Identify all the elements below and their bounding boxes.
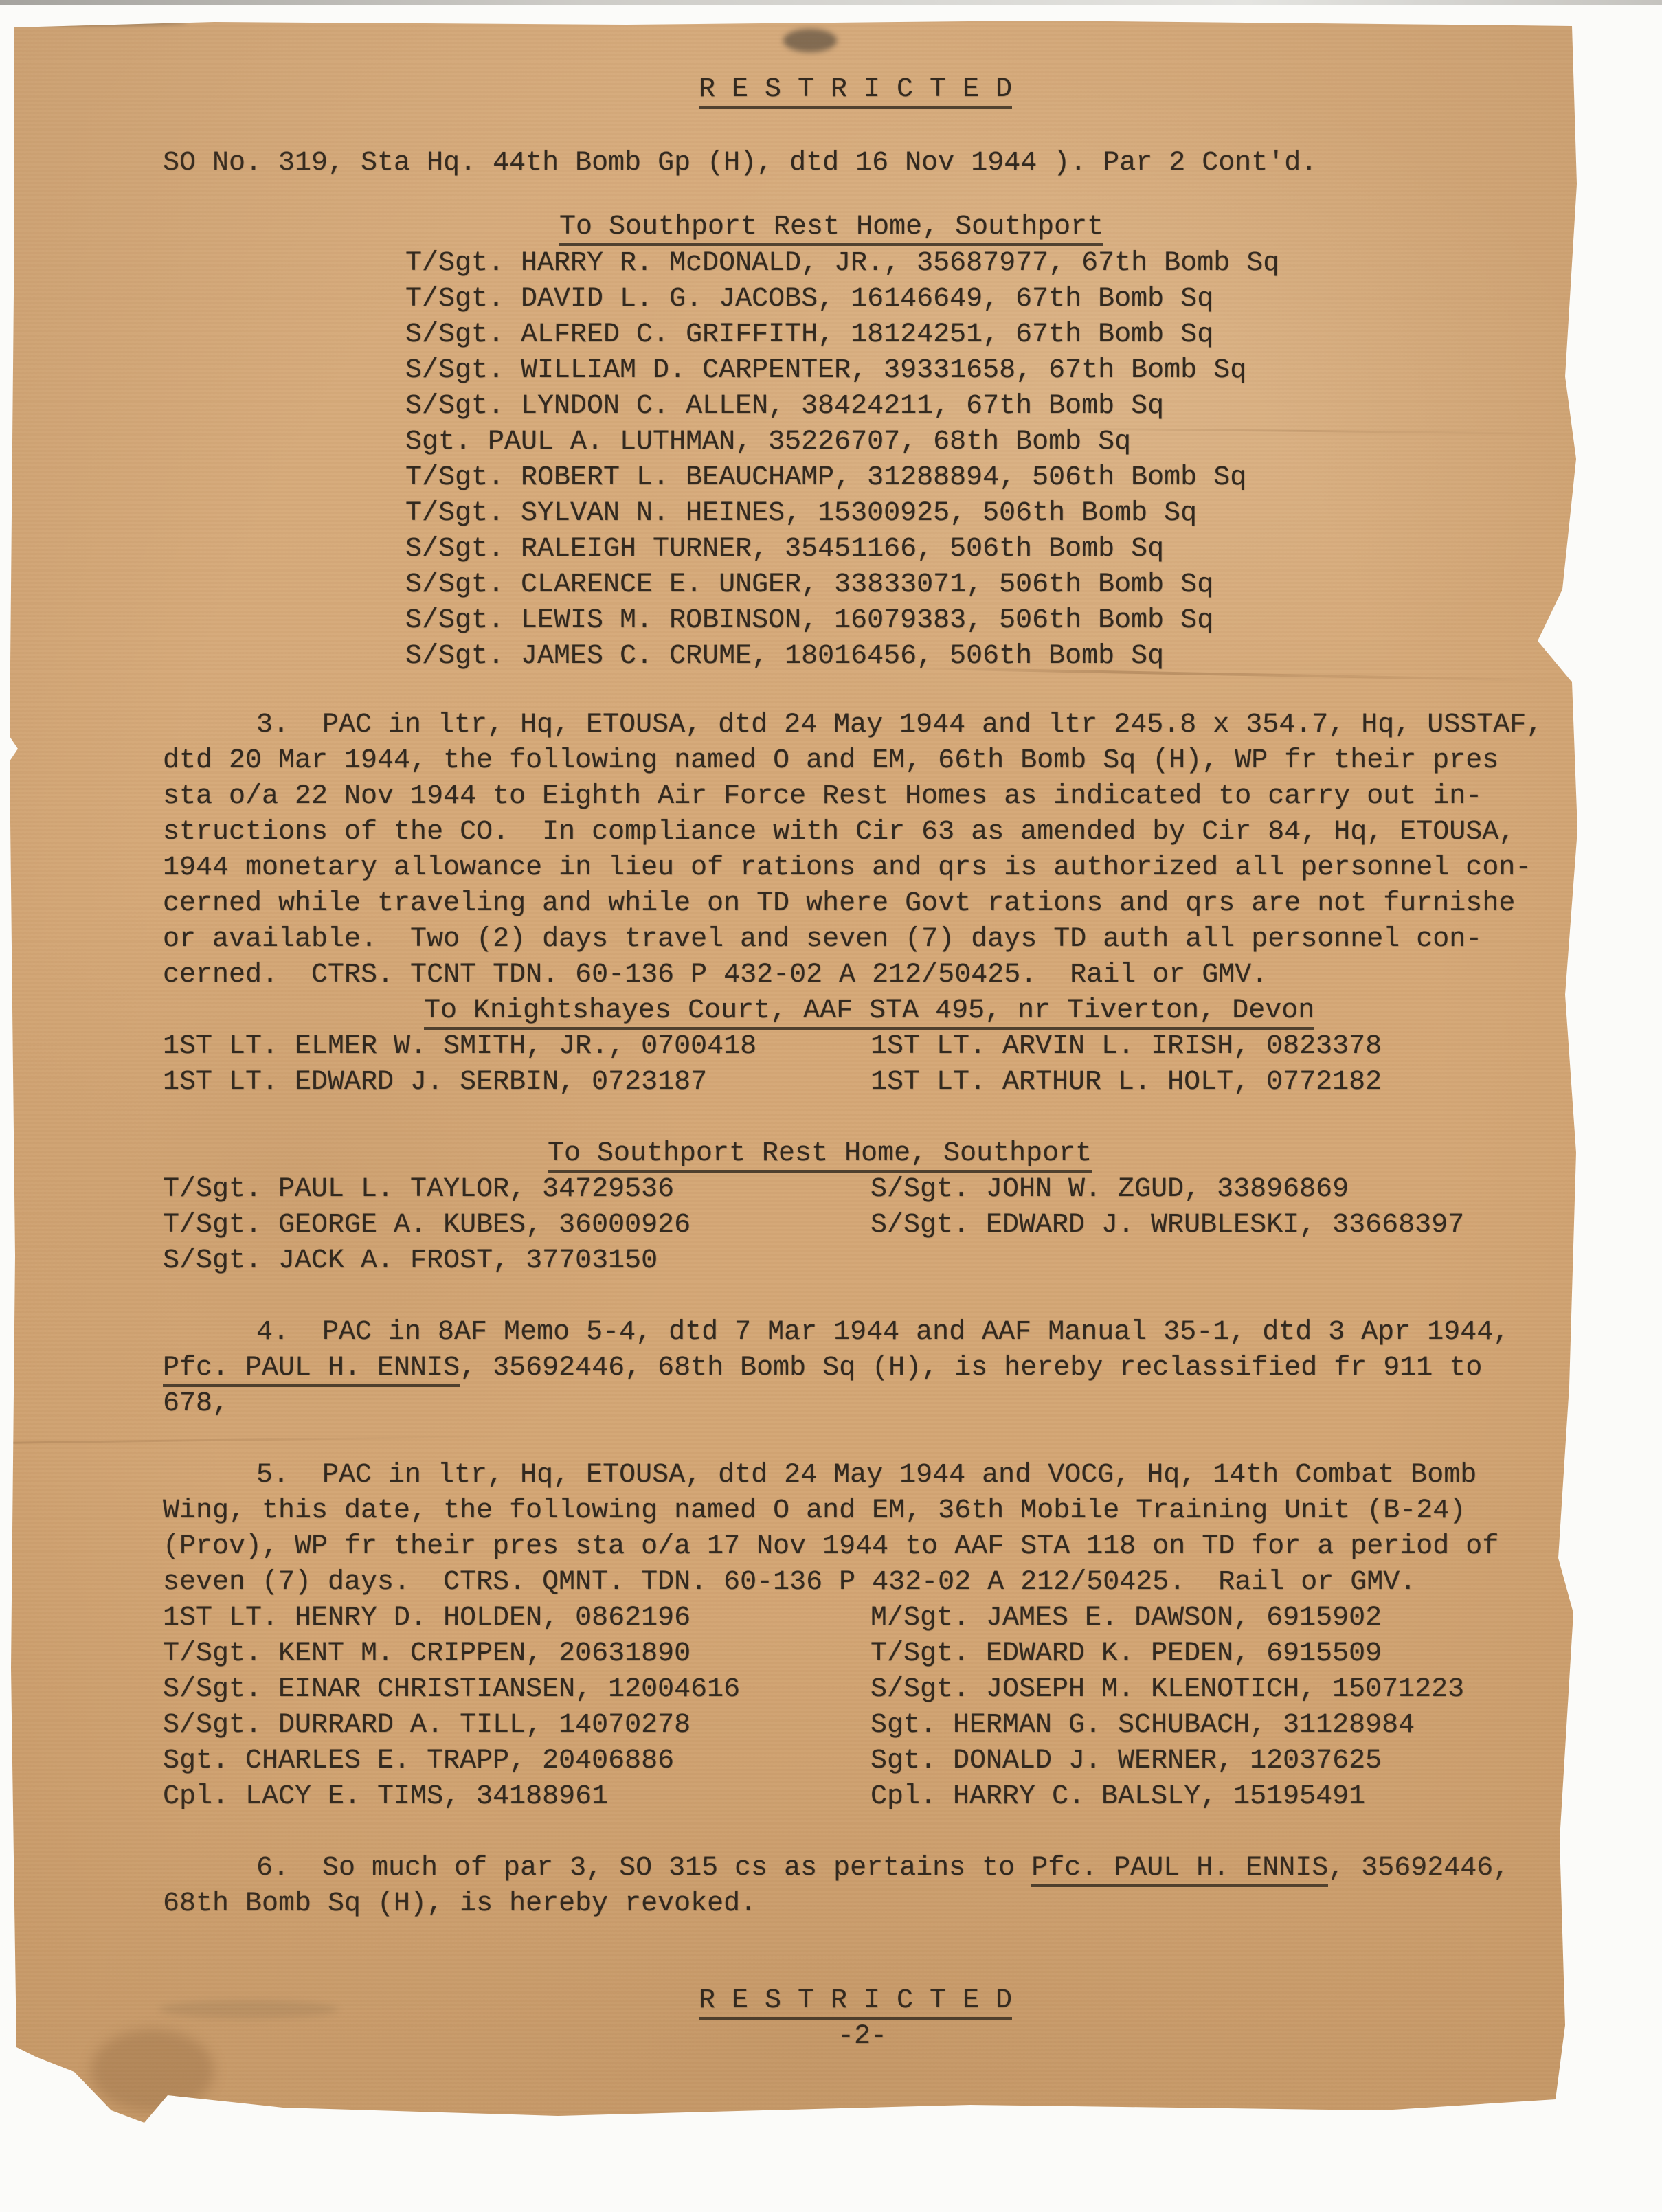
para4-line-1: 4. PAC in 8AF Memo 5-4, dtd 7 Mar 1944 a… xyxy=(163,1315,1578,1351)
southport-heading-1: To Southport Rest Home, Southport xyxy=(559,212,1103,246)
southport-heading-2: To Southport Rest Home, Southport xyxy=(548,1138,1092,1173)
southport-heading-1-line: To Southport Rest Home, Southport xyxy=(163,210,1578,245)
knightshayes-roster: 1ST LT. ELMER W. SMITH, JR., 07004181ST … xyxy=(163,1029,1578,1101)
para6-line-1-post: , 35692446, xyxy=(1328,1853,1509,1884)
underlined-name: Pfc. PAUL H. ENNIS xyxy=(1031,1853,1328,1887)
roster-cell: Sgt. DONALD J. WERNER, 12037625 xyxy=(871,1746,1382,1776)
roster-cell: T/Sgt. GEORGE A. KUBES, 36000926 xyxy=(163,1208,871,1243)
para3-line-5: 1944 monetary allowance in lieu of ratio… xyxy=(163,850,1578,886)
roster1-entry-7: T/Sgt. ROBERT L. BEAUCHAMP, 31288894, 50… xyxy=(163,460,1578,496)
roster1-entry-12: S/Sgt. JAMES C. CRUME, 18016456, 506th B… xyxy=(163,639,1578,675)
roster2-row-6: Cpl. LACY E. TIMS, 34188961Cpl. HARRY C.… xyxy=(163,1779,1578,1815)
para3-line-8: cerned. CTRS. TCNT TDN. 60-136 P 432-02 … xyxy=(163,958,1578,993)
roster2-row-5: Sgt. CHARLES E. TRAPP, 20406886Sgt. DONA… xyxy=(163,1743,1578,1779)
para3-line-3: sta o/a 22 Nov 1944 to Eighth Air Force … xyxy=(163,779,1578,815)
knightshayes-row-1: 1ST LT. ELMER W. SMITH, JR., 07004181ST … xyxy=(163,1029,1578,1065)
southport2-row-3: S/Sgt. JACK A. FROST, 37703150 xyxy=(163,1243,1578,1279)
para3-line-4: structions of the CO. In compliance with… xyxy=(163,815,1578,850)
para3-line-1: 3. PAC in ltr, Hq, ETOUSA, dtd 24 May 19… xyxy=(163,708,1578,743)
para5-line-1: 5. PAC in ltr, Hq, ETOUSA, dtd 24 May 19… xyxy=(163,1458,1578,1493)
roster-cell: 1ST LT. ELMER W. SMITH, JR., 0700418 xyxy=(163,1029,871,1065)
roster1-entry-3: S/Sgt. ALFRED C. GRIFFITH, 18124251, 67t… xyxy=(163,317,1578,353)
roster-cell: 1ST LT. EDWARD J. SERBIN, 0723187 xyxy=(163,1065,871,1101)
roster1-entry-6: Sgt. PAUL A. LUTHMAN, 35226707, 68th Bom… xyxy=(163,425,1578,460)
document-content: R E S T R I C T E D SO No. 319, Sta Hq. … xyxy=(163,72,1578,2055)
roster1-entry-8: T/Sgt. SYLVAN N. HEINES, 15300925, 506th… xyxy=(163,496,1578,532)
roster-cell: M/Sgt. JAMES E. DAWSON, 6915902 xyxy=(871,1603,1382,1634)
knightshayes-heading-line: To Knightshayes Court, AAF STA 495, nr T… xyxy=(163,993,1578,1029)
para6-line-1-pre: 6. So much of par 3, SO 315 cs as pertai… xyxy=(256,1853,1031,1884)
roster2-row-4: S/Sgt. DURRARD A. TILL, 14070278Sgt. HER… xyxy=(163,1708,1578,1743)
roster-cell: T/Sgt. PAUL L. TAYLOR, 34729536 xyxy=(163,1172,871,1208)
roster-cell: S/Sgt. EDWARD J. WRUBLESKI, 33668397 xyxy=(871,1210,1464,1241)
roster-cell: T/Sgt. KENT M. CRIPPEN, 20631890 xyxy=(163,1636,871,1672)
para4-line-2: Pfc. PAUL H. ENNIS, 35692446, 68th Bomb … xyxy=(163,1351,1578,1386)
roster-cell: S/Sgt. JOHN W. ZGUD, 33896869 xyxy=(871,1174,1349,1205)
roster1-entry-11: S/Sgt. LEWIS M. ROBINSON, 16079383, 506t… xyxy=(163,603,1578,639)
roster-cell: Sgt. HERMAN G. SCHUBACH, 31128984 xyxy=(871,1710,1415,1741)
roster-cell: S/Sgt. DURRARD A. TILL, 14070278 xyxy=(163,1708,871,1743)
roster-cell: S/Sgt. EINAR CHRISTIANSEN, 12004616 xyxy=(163,1672,871,1708)
roster1-entry-9: S/Sgt. RALEIGH TURNER, 35451166, 506th B… xyxy=(163,532,1578,567)
paragraph-3: 3. PAC in ltr, Hq, ETOUSA, dtd 24 May 19… xyxy=(163,708,1578,993)
training-unit-roster: 1ST LT. HENRY D. HOLDEN, 0862196M/Sgt. J… xyxy=(163,1601,1578,1815)
footer-classification: R E S T R I C T E D xyxy=(699,1985,1012,2020)
knightshayes-heading: To Knightshayes Court, AAF STA 495, nr T… xyxy=(424,995,1314,1030)
roster-cell: 1ST LT. ARVIN L. IRISH, 0823378 xyxy=(871,1031,1382,1062)
para3-line-2: dtd 20 Mar 1944, the following named O a… xyxy=(163,743,1578,779)
roster1-entry-4: S/Sgt. WILLIAM D. CARPENTER, 39331658, 6… xyxy=(163,353,1578,389)
roster-cell: S/Sgt. JOSEPH M. KLENOTICH, 15071223 xyxy=(871,1674,1464,1705)
roster-cell: T/Sgt. EDWARD K. PEDEN, 6915509 xyxy=(871,1638,1382,1669)
roster1-entry-1: T/Sgt. HARRY R. McDONALD, JR., 35687977,… xyxy=(163,246,1578,282)
roster-cell: Cpl. HARRY C. BALSLY, 15195491 xyxy=(871,1781,1365,1812)
classification-header-line: R E S T R I C T E D xyxy=(163,72,1578,108)
roster1-entry-10: S/Sgt. CLARENCE E. UNGER, 33833071, 506t… xyxy=(163,567,1578,603)
document-page: R E S T R I C T E D SO No. 319, Sta Hq. … xyxy=(8,19,1578,2135)
roster1-entry-2: T/Sgt. DAVID L. G. JACOBS, 16146649, 67t… xyxy=(163,282,1578,317)
para5-line-3: (Prov), WP fr their pres sta o/a 17 Nov … xyxy=(163,1529,1578,1565)
scanner-edge-strip xyxy=(0,0,1662,5)
paragraph-5: 5. PAC in ltr, Hq, ETOUSA, dtd 24 May 19… xyxy=(163,1458,1578,1601)
roster-cell: Sgt. CHARLES E. TRAPP, 20406886 xyxy=(163,1743,871,1779)
edge-shadow xyxy=(8,19,187,26)
underlined-name: Pfc. PAUL H. ENNIS xyxy=(163,1353,460,1387)
southport-roster-1: T/Sgt. HARRY R. McDONALD, JR., 35687977,… xyxy=(163,246,1578,675)
southport-roster-2: T/Sgt. PAUL L. TAYLOR, 34729536S/Sgt. JO… xyxy=(163,1172,1578,1279)
knightshayes-row-2: 1ST LT. EDWARD J. SERBIN, 07231871ST LT.… xyxy=(163,1065,1578,1101)
roster2-row-3: S/Sgt. EINAR CHRISTIANSEN, 12004616S/Sgt… xyxy=(163,1672,1578,1708)
paragraph-6: 6. So much of par 3, SO 315 cs as pertai… xyxy=(163,1851,1578,1922)
para3-line-7: or available. Two (2) days travel and se… xyxy=(163,922,1578,958)
para6-line-1: 6. So much of par 3, SO 315 cs as pertai… xyxy=(163,1851,1578,1886)
roster-cell: 1ST LT. ARTHUR L. HOLT, 0772182 xyxy=(871,1067,1382,1098)
page-number: -2- xyxy=(163,2019,1578,2055)
footer-classification-line: R E S T R I C T E D xyxy=(163,1983,1578,2019)
para4-line-3: 678, xyxy=(163,1386,1578,1422)
southport2-row-2: T/Sgt. GEORGE A. KUBES, 36000926S/Sgt. E… xyxy=(163,1208,1578,1243)
roster1-entry-5: S/Sgt. LYNDON C. ALLEN, 38424211, 67th B… xyxy=(163,389,1578,425)
southport-heading-2-line: To Southport Rest Home, Southport xyxy=(163,1136,1578,1172)
paragraph-4: 4. PAC in 8AF Memo 5-4, dtd 7 Mar 1944 a… xyxy=(163,1315,1578,1422)
roster-cell: Cpl. LACY E. TIMS, 34188961 xyxy=(163,1779,871,1815)
roster2-row-2: T/Sgt. KENT M. CRIPPEN, 20631890T/Sgt. E… xyxy=(163,1636,1578,1672)
para3-line-6: cerned while traveling and while on TD w… xyxy=(163,886,1578,922)
ink-smudge xyxy=(783,29,837,52)
roster-cell: S/Sgt. JACK A. FROST, 37703150 xyxy=(163,1243,871,1279)
para4-line-2-rest: , 35692446, 68th Bomb Sq (H), is hereby … xyxy=(460,1353,1482,1384)
para5-line-4: seven (7) days. CTRS. QMNT. TDN. 60-136 … xyxy=(163,1565,1578,1601)
classification-header: R E S T R I C T E D xyxy=(699,74,1012,109)
para6-line-2: 68th Bomb Sq (H), is hereby revoked. xyxy=(163,1886,1578,1922)
roster2-row-1: 1ST LT. HENRY D. HOLDEN, 0862196M/Sgt. J… xyxy=(163,1601,1578,1636)
para5-line-2: Wing, this date, the following named O a… xyxy=(163,1493,1578,1529)
roster-cell: 1ST LT. HENRY D. HOLDEN, 0862196 xyxy=(163,1601,871,1636)
southport2-row-1: T/Sgt. PAUL L. TAYLOR, 34729536S/Sgt. JO… xyxy=(163,1172,1578,1208)
order-reference-line: SO No. 319, Sta Hq. 44th Bomb Gp (H), dt… xyxy=(163,146,1578,181)
